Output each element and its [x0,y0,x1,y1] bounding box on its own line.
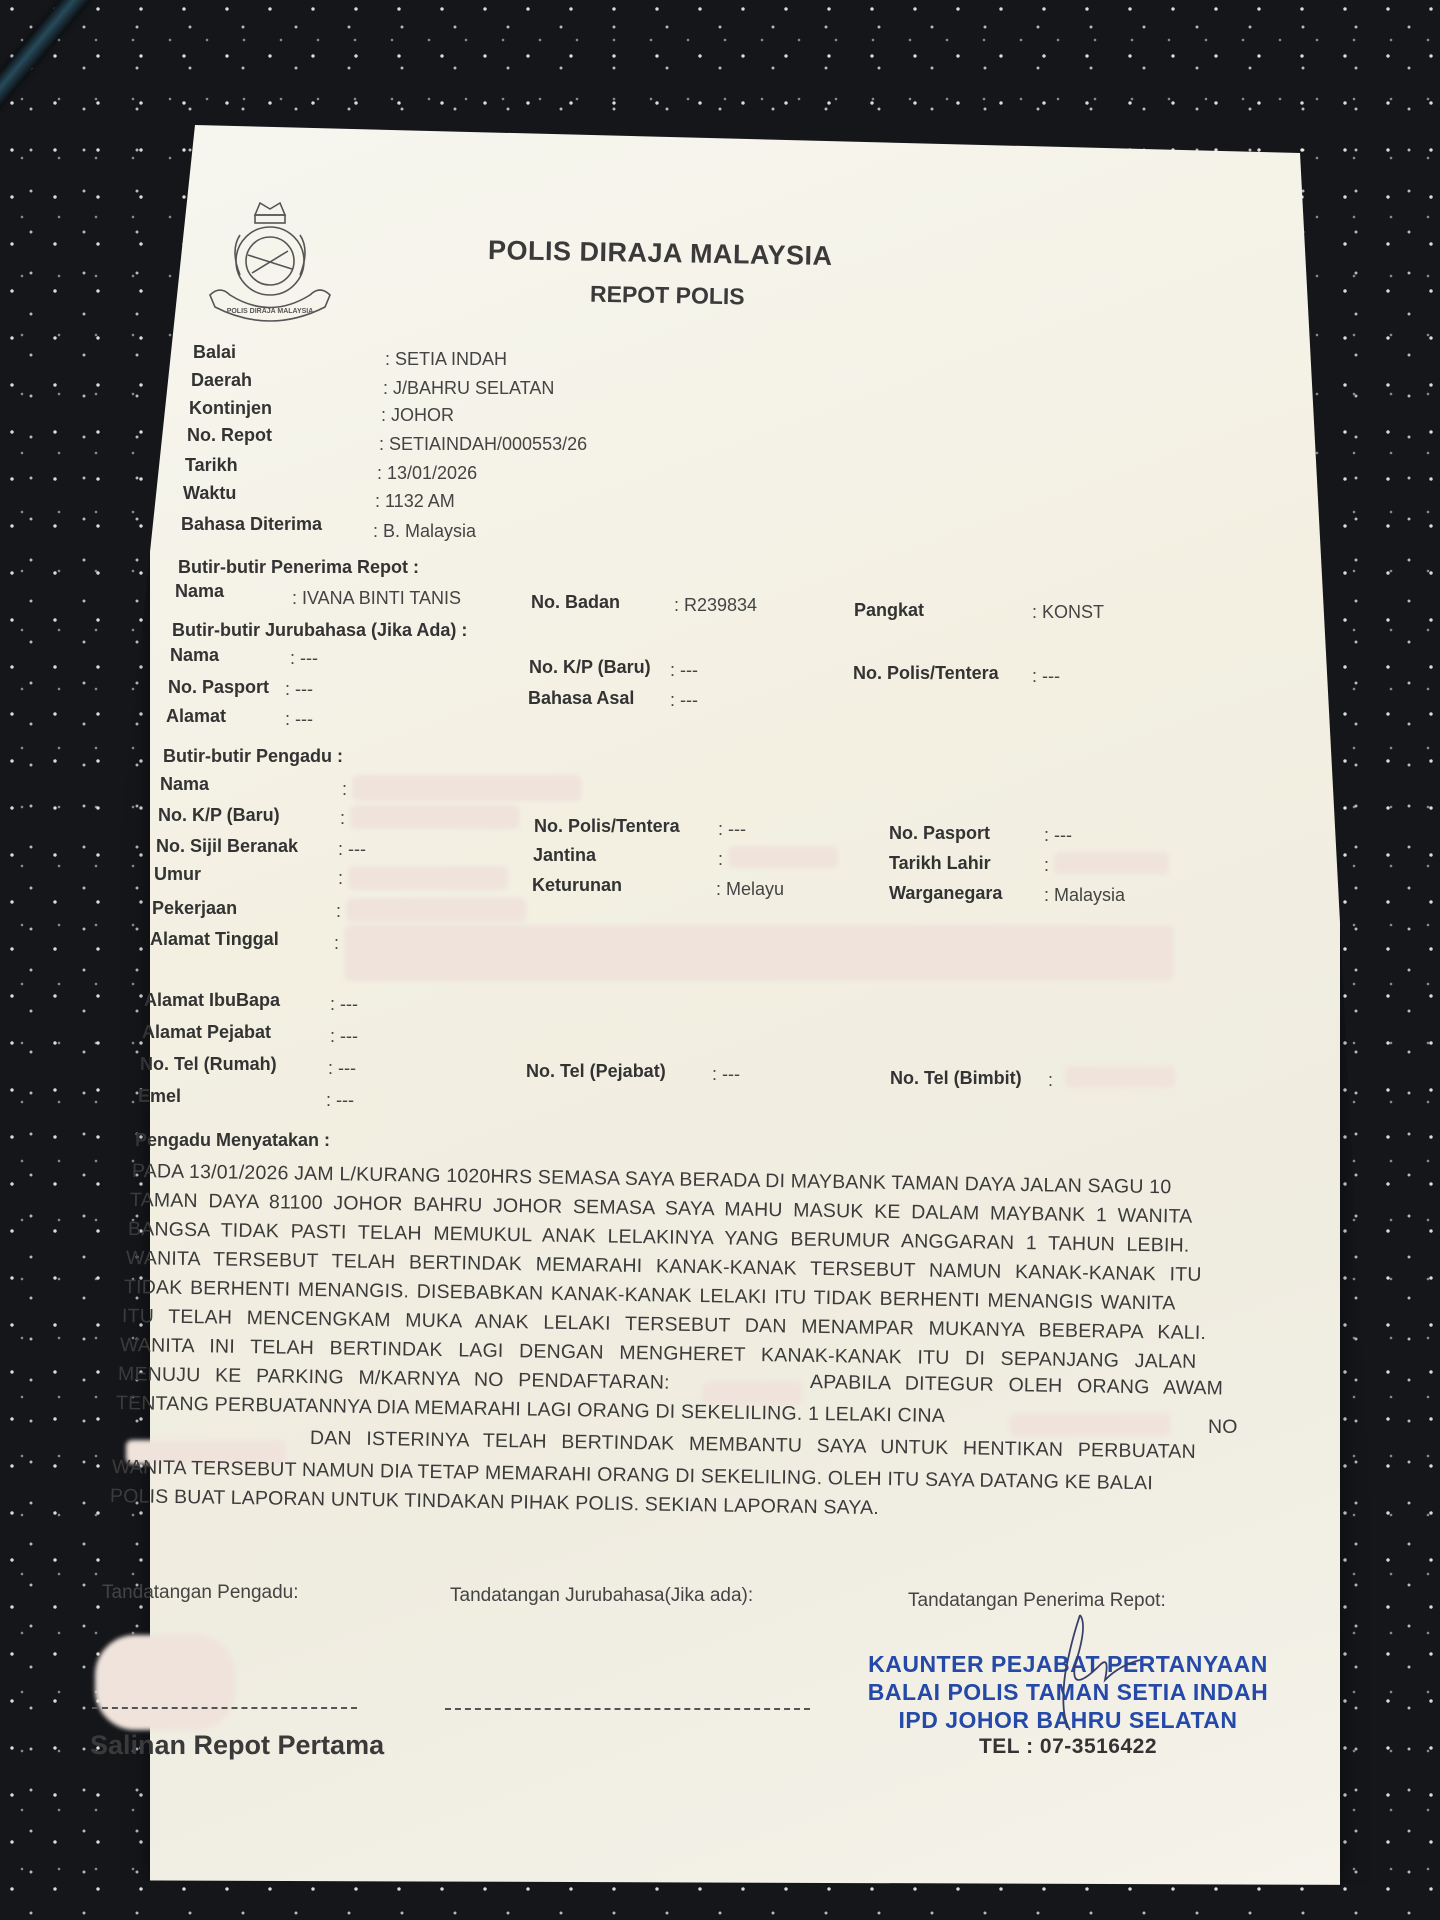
tel-bimbit-label: No. Tel (Bimbit) [890,1068,1022,1089]
tarikh-value: : 13/01/2026 [377,463,477,484]
complainant-polis-label: No. Polis/Tentera [534,816,680,837]
statement-line-tail: NO [1208,1416,1238,1439]
daerah-value: : J/BAHRU SELATAN [383,378,554,399]
receiver-signature-icon [1030,1605,1150,1735]
interpreter-bahasa-value: : --- [670,690,698,711]
kontinjen-label: Kontinjen [189,398,272,419]
no-repot-label: No. Repot [187,425,272,446]
redacted-pekerjaan [346,898,526,922]
svg-text:POLIS DIRAJA MALAYSIA: POLIS DIRAJA MALAYSIA [227,308,314,315]
interpreter-polis-value: : --- [1032,666,1060,687]
pejabat-label: Alamat Pejabat [142,1022,271,1043]
statement-line: POLIS BUAT LAPORAN UNTUK TINDAKAN PIHAK … [110,1485,879,1520]
statement-line: MENUJU KE PARKING M/KARNYA NO PENDAFTARA… [118,1363,670,1395]
complainant-kp-label: No. K/P (Baru) [158,805,280,826]
kontinjen-value: : JOHOR [381,405,454,426]
ibubapa-value: : --- [330,994,358,1015]
complainant-pasport-label: No. Pasport [889,823,990,844]
police-crest-icon: POLIS DIRAJA MALAYSIA [200,195,340,330]
complainant-pekerjaan-value: : [336,901,341,922]
interpreter-polis-label: No. Polis/Tentera [853,663,999,684]
complainant-keturunan-label: Keturunan [532,875,622,896]
redacted-nama [352,775,582,801]
complainant-lahir-value: : [1044,855,1049,876]
pejabat-value: : --- [330,1026,358,1047]
statement-body: PADA 13/01/2026 JAM L/KURANG 1020HRS SEM… [130,1160,1240,1540]
complainant-lahir-label: Tarikh Lahir [889,853,991,874]
complainant-sijil-value: : --- [338,839,366,860]
complainant-alamat-label: Alamat Tinggal [150,929,279,950]
complainant-jantina-label: Jantina [533,845,596,866]
sig-jurubahasa-label: Tandatangan Jurubahasa(Jika ada): [450,1585,753,1607]
complainant-kp-value: : [340,808,345,829]
emel-label: Emel [138,1086,181,1107]
interpreter-nama-value: : --- [290,648,318,669]
complainant-warga-label: Warganegara [889,883,1002,904]
receiver-nama-value: : IVANA BINTI TANIS [292,588,461,609]
complainant-alamat-value: : [334,933,339,954]
interpreter-alamat-label: Alamat [166,706,226,727]
receiver-nama-label: Nama [175,581,224,602]
no-repot-value: : SETIAINDAH/000553/26 [379,434,587,455]
interpreter-nama-label: Nama [170,645,219,666]
redacted-jantina [728,846,838,868]
complainant-warga-value: : Malaysia [1044,885,1125,906]
statement-line-tail: APABILA DITEGUR OLEH ORANG AWAM [810,1371,1223,1400]
complainant-sijil-label: No. Sijil Beranak [156,836,298,857]
ibubapa-label: Alamat IbuBapa [144,990,280,1011]
badan-value: : R239834 [674,595,757,616]
redacted-tel-bimbit [1065,1066,1175,1088]
receiver-heading: Butir-butir Penerima Repot : [178,557,419,578]
sig-pengadu-label: Tandatangan Pengadu: [102,1582,299,1604]
pangkat-label: Pangkat [854,600,924,621]
badan-label: No. Badan [531,592,620,613]
statement-line: TENTANG PERBUATANNYA DIA MEMARAHI LAGI O… [116,1392,945,1428]
statement-heading: Pengadu Menyatakan : [135,1130,330,1151]
tel-rumah-label: No. Tel (Rumah) [140,1054,277,1075]
stamp-line-4: TEL : 07-3516422 [862,1735,1274,1759]
redacted-kp [350,805,520,829]
pangkat-value: : KONST [1032,602,1104,623]
redacted-signature [95,1635,235,1730]
redacted-alamat [344,925,1174,981]
interpreter-kp-value: : --- [670,660,698,681]
emel-value: : --- [326,1090,354,1111]
tarikh-label: Tarikh [185,455,238,476]
waktu-value: : 1132 AM [375,491,455,512]
org-title: POLIS DIRAJA MALAYSIA [488,235,833,272]
redacted-tarikh-lahir [1054,852,1169,874]
complainant-jantina-value: : [718,849,723,870]
daerah-label: Daerah [191,370,252,391]
complainant-nama-label: Nama [160,774,209,795]
doc-title: REPOT POLIS [590,281,745,311]
interpreter-kp-label: No. K/P (Baru) [529,657,651,678]
police-report-document: POLIS DIRAJA MALAYSIA POLIS DIRAJA MALAY… [0,0,1440,1920]
interpreter-heading: Butir-butir Jurubahasa (Jika Ada) : [172,620,467,641]
complainant-keturunan-value: : Melayu [716,879,784,900]
balai-label: Balai [193,342,236,363]
bahasa-diterima-value: : B. Malaysia [373,521,476,542]
interpreter-alamat-value: : --- [285,709,313,730]
sig-pengadu-line [92,1707,357,1709]
complainant-nama-value: : [342,779,347,800]
sig-jurubahasa-line [445,1708,810,1710]
complainant-umur-label: Umur [154,864,201,885]
complainant-pasport-value: : --- [1044,825,1072,846]
tel-pejabat-value: : --- [712,1064,740,1085]
interpreter-pasport-label: No. Pasport [168,677,269,698]
tel-rumah-value: : --- [328,1058,356,1079]
balai-value: : SETIA INDAH [385,349,507,370]
bahasa-diterima-label: Bahasa Diterima [181,514,322,535]
tel-pejabat-label: No. Tel (Pejabat) [526,1061,666,1082]
complainant-pekerjaan-label: Pekerjaan [152,898,237,919]
redacted-witness [1010,1414,1170,1436]
copy-label: Salinan Repot Pertama [90,1730,384,1761]
interpreter-bahasa-label: Bahasa Asal [528,688,634,709]
tel-bimbit-value: : [1048,1070,1053,1091]
waktu-label: Waktu [183,483,236,504]
complainant-heading: Butir-butir Pengadu : [163,746,343,767]
interpreter-pasport-value: : --- [285,679,313,700]
complainant-umur-value: : [338,868,343,889]
complainant-polis-value: : --- [718,819,746,840]
redacted-umur [348,866,508,890]
